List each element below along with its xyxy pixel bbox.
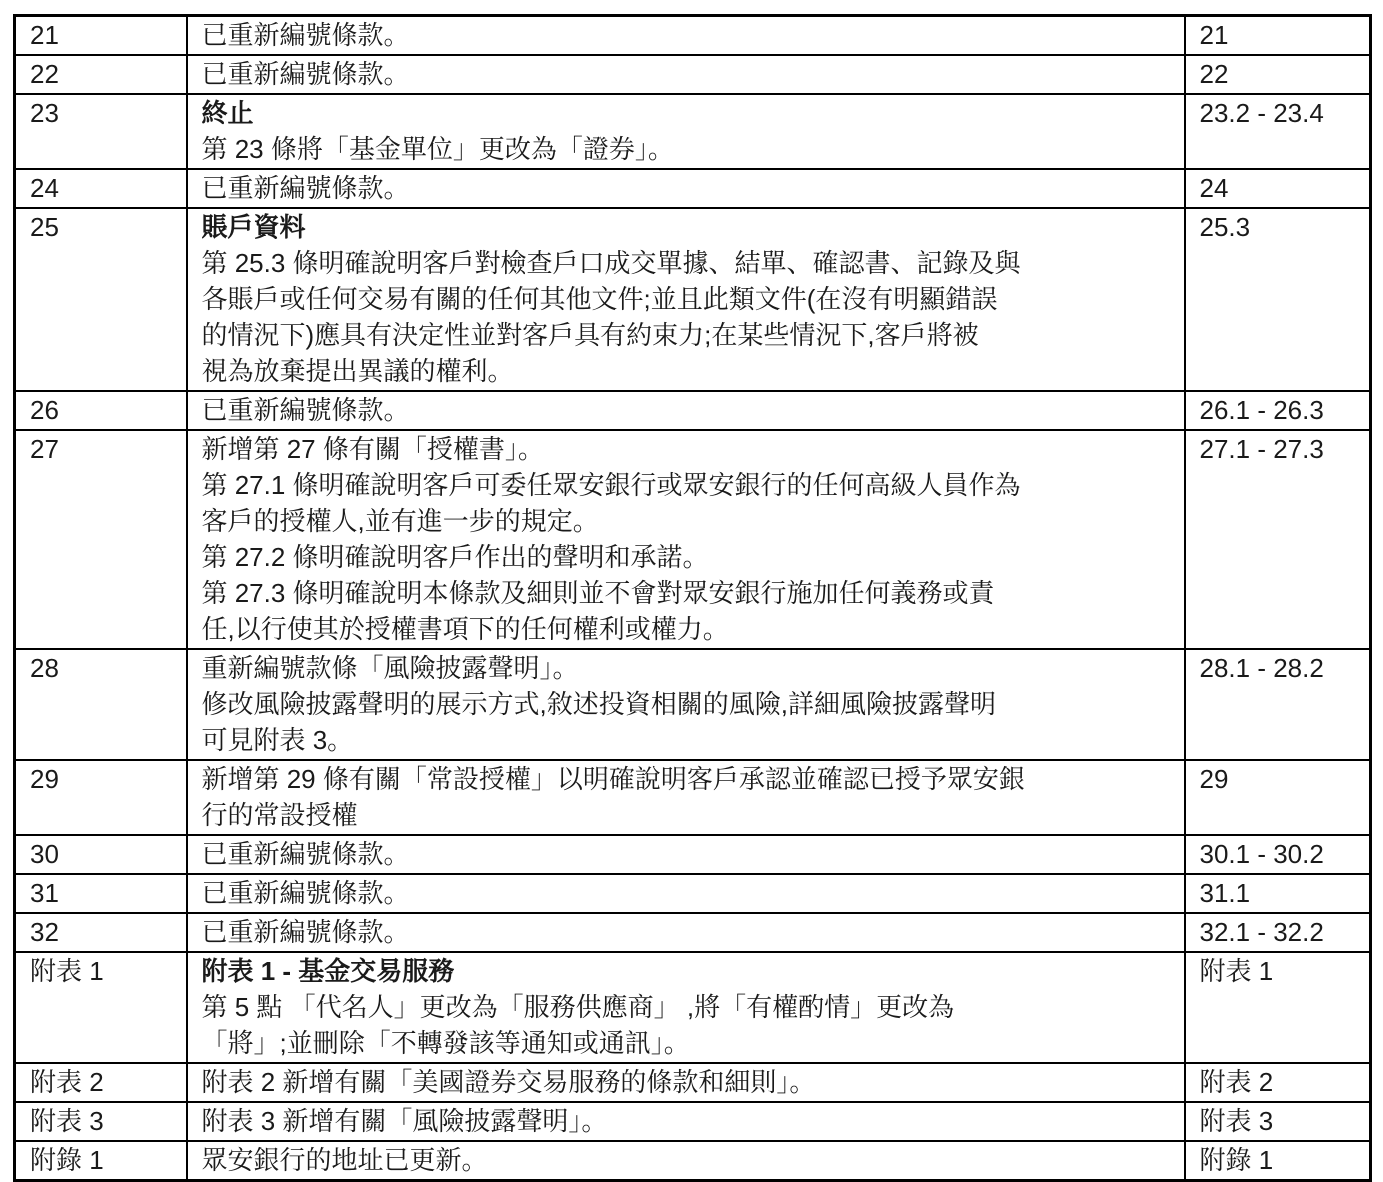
table-row: 25賬戶資料第 25.3 條明確說明客戶對檢查戶口成交單據、結單、確認書、記錄及… xyxy=(15,208,1371,391)
table-row: 附表 2附表 2 新增有關「美國證券交易服務的條款和細則」。附表 2 xyxy=(15,1063,1371,1102)
description-cell: 新增第 29 條有關「常設授權」以明確說明客戶承認並確認已授予眾安銀行的常設授權 xyxy=(187,760,1185,835)
description-text-line: 已重新編號條款。 xyxy=(202,875,1174,911)
table-row: 29新增第 29 條有關「常設授權」以明確說明客戶承認並確認已授予眾安銀行的常設… xyxy=(15,760,1371,835)
clause-number-cell: 27 xyxy=(15,430,187,649)
amendments-table-body: 21已重新編號條款。2122已重新編號條款。2223終止第 23 條將「基金單位… xyxy=(15,16,1371,1181)
table-row: 23終止第 23 條將「基金單位」更改為「證券」。23.2 - 23.4 xyxy=(15,94,1371,169)
description-cell: 眾安銀行的地址已更新。 xyxy=(187,1141,1185,1181)
description-text-line: 附表 3 新增有關「風險披露聲明」。 xyxy=(202,1103,1174,1139)
description-cell: 終止第 23 條將「基金單位」更改為「證券」。 xyxy=(187,94,1185,169)
description-text-line: 可見附表 3。 xyxy=(202,722,1174,758)
reference-cell: 附表 1 xyxy=(1185,952,1371,1063)
reference-cell: 25.3 xyxy=(1185,208,1371,391)
description-cell: 重新編號款條「風險披露聲明」。修改風險披露聲明的展示方式,敘述投資相關的風險,詳… xyxy=(187,649,1185,760)
table-row: 28重新編號款條「風險披露聲明」。修改風險披露聲明的展示方式,敘述投資相關的風險… xyxy=(15,649,1371,760)
amendments-table: 21已重新編號條款。2122已重新編號條款。2223終止第 23 條將「基金單位… xyxy=(13,14,1372,1182)
clause-number-cell: 22 xyxy=(15,55,187,94)
description-text-line: 行的常設授權 xyxy=(202,797,1174,833)
reference-cell: 30.1 - 30.2 xyxy=(1185,835,1371,874)
table-row: 附錄 1眾安銀行的地址已更新。附錄 1 xyxy=(15,1141,1371,1181)
description-text-line: 新增第 27 條有關「授權書」。 xyxy=(202,431,1174,467)
table-row: 31已重新編號條款。31.1 xyxy=(15,874,1371,913)
clause-number-cell: 31 xyxy=(15,874,187,913)
table-row: 26已重新編號條款。26.1 - 26.3 xyxy=(15,391,1371,430)
description-cell: 已重新編號條款。 xyxy=(187,55,1185,94)
description-text-line: 已重新編號條款。 xyxy=(202,836,1174,872)
clause-number-cell: 23 xyxy=(15,94,187,169)
clause-number-cell: 26 xyxy=(15,391,187,430)
table-row: 27新增第 27 條有關「授權書」。第 27.1 條明確說明客戶可委任眾安銀行或… xyxy=(15,430,1371,649)
reference-cell: 附錄 1 xyxy=(1185,1141,1371,1181)
description-text-line: 第 27.2 條明確說明客戶作出的聲明和承諾。 xyxy=(202,539,1174,575)
reference-cell: 附表 3 xyxy=(1185,1102,1371,1141)
clause-number-cell: 30 xyxy=(15,835,187,874)
description-text-line: 「將」;並刪除「不轉發該等通知或通訊」。 xyxy=(202,1025,1174,1061)
clause-number-cell: 附表 2 xyxy=(15,1063,187,1102)
table-row: 21已重新編號條款。21 xyxy=(15,16,1371,56)
description-cell: 已重新編號條款。 xyxy=(187,913,1185,952)
description-text-line: 各賬戶或任何交易有關的任何其他文件;並且此類文件(在沒有明顯錯誤 xyxy=(202,281,1174,317)
reference-cell: 29 xyxy=(1185,760,1371,835)
reference-cell: 28.1 - 28.2 xyxy=(1185,649,1371,760)
reference-cell: 31.1 xyxy=(1185,874,1371,913)
clause-number-cell: 25 xyxy=(15,208,187,391)
description-cell: 附表 1 - 基金交易服務第 5 點 「代名人」更改為「服務供應商」 ,將「有權… xyxy=(187,952,1185,1063)
reference-cell: 21 xyxy=(1185,16,1371,56)
document-page: 21已重新編號條款。2122已重新編號條款。2223終止第 23 條將「基金單位… xyxy=(0,0,1383,1170)
clause-number-cell: 29 xyxy=(15,760,187,835)
description-heading-line: 附表 1 - 基金交易服務 xyxy=(202,953,1174,989)
description-cell: 附表 2 新增有關「美國證券交易服務的條款和細則」。 xyxy=(187,1063,1185,1102)
reference-cell: 24 xyxy=(1185,169,1371,208)
description-cell: 已重新編號條款。 xyxy=(187,169,1185,208)
clause-number-cell: 附錄 1 xyxy=(15,1141,187,1181)
description-text-line: 已重新編號條款。 xyxy=(202,17,1174,53)
clause-number-cell: 28 xyxy=(15,649,187,760)
table-row: 附表 3附表 3 新增有關「風險披露聲明」。附表 3 xyxy=(15,1102,1371,1141)
reference-cell: 附表 2 xyxy=(1185,1063,1371,1102)
table-row: 22已重新編號條款。22 xyxy=(15,55,1371,94)
description-text-line: 已重新編號條款。 xyxy=(202,56,1174,92)
description-cell: 已重新編號條款。 xyxy=(187,835,1185,874)
table-row: 附表 1附表 1 - 基金交易服務第 5 點 「代名人」更改為「服務供應商」 ,… xyxy=(15,952,1371,1063)
description-text-line: 第 25.3 條明確說明客戶對檢查戶口成交單據、結單、確認書、記錄及與 xyxy=(202,245,1174,281)
description-heading-line: 賬戶資料 xyxy=(202,209,1174,245)
description-cell: 已重新編號條款。 xyxy=(187,874,1185,913)
description-text-line: 眾安銀行的地址已更新。 xyxy=(202,1142,1174,1178)
clause-number-cell: 32 xyxy=(15,913,187,952)
table-row: 24已重新編號條款。24 xyxy=(15,169,1371,208)
clause-number-cell: 附表 3 xyxy=(15,1102,187,1141)
description-text-line: 第 5 點 「代名人」更改為「服務供應商」 ,將「有權酌情」更改為 xyxy=(202,989,1174,1025)
reference-cell: 22 xyxy=(1185,55,1371,94)
clause-number-cell: 21 xyxy=(15,16,187,56)
description-cell: 已重新編號條款。 xyxy=(187,16,1185,56)
description-cell: 新增第 27 條有關「授權書」。第 27.1 條明確說明客戶可委任眾安銀行或眾安… xyxy=(187,430,1185,649)
table-row: 32已重新編號條款。32.1 - 32.2 xyxy=(15,913,1371,952)
clause-number-cell: 24 xyxy=(15,169,187,208)
description-cell: 賬戶資料第 25.3 條明確說明客戶對檢查戶口成交單據、結單、確認書、記錄及與各… xyxy=(187,208,1185,391)
description-text-line: 任,以行使其於授權書項下的任何權利或權力。 xyxy=(202,611,1174,647)
description-text-line: 第 27.3 條明確說明本條款及細則並不會對眾安銀行施加任何義務或責 xyxy=(202,575,1174,611)
description-text-line: 已重新編號條款。 xyxy=(202,170,1174,206)
reference-cell: 27.1 - 27.3 xyxy=(1185,430,1371,649)
clause-number-cell: 附表 1 xyxy=(15,952,187,1063)
reference-cell: 23.2 - 23.4 xyxy=(1185,94,1371,169)
description-text-line: 第 23 條將「基金單位」更改為「證券」。 xyxy=(202,131,1174,167)
description-text-line: 視為放棄提出異議的權利。 xyxy=(202,353,1174,389)
description-cell: 附表 3 新增有關「風險披露聲明」。 xyxy=(187,1102,1185,1141)
description-text-line: 第 27.1 條明確說明客戶可委任眾安銀行或眾安銀行的任何高級人員作為 xyxy=(202,467,1174,503)
table-row: 30已重新編號條款。30.1 - 30.2 xyxy=(15,835,1371,874)
description-text-line: 已重新編號條款。 xyxy=(202,914,1174,950)
description-text-line: 的情況下)應具有決定性並對客戶具有約束力;在某些情況下,客戶將被 xyxy=(202,317,1174,353)
reference-cell: 26.1 - 26.3 xyxy=(1185,391,1371,430)
description-text-line: 客戶的授權人,並有進一步的規定。 xyxy=(202,503,1174,539)
reference-cell: 32.1 - 32.2 xyxy=(1185,913,1371,952)
description-text-line: 已重新編號條款。 xyxy=(202,392,1174,428)
description-cell: 已重新編號條款。 xyxy=(187,391,1185,430)
description-text-line: 附表 2 新增有關「美國證券交易服務的條款和細則」。 xyxy=(202,1064,1174,1100)
description-text-line: 修改風險披露聲明的展示方式,敘述投資相關的風險,詳細風險披露聲明 xyxy=(202,686,1174,722)
description-heading-line: 終止 xyxy=(202,95,1174,131)
description-text-line: 重新編號款條「風險披露聲明」。 xyxy=(202,650,1174,686)
description-text-line: 新增第 29 條有關「常設授權」以明確說明客戶承認並確認已授予眾安銀 xyxy=(202,761,1174,797)
